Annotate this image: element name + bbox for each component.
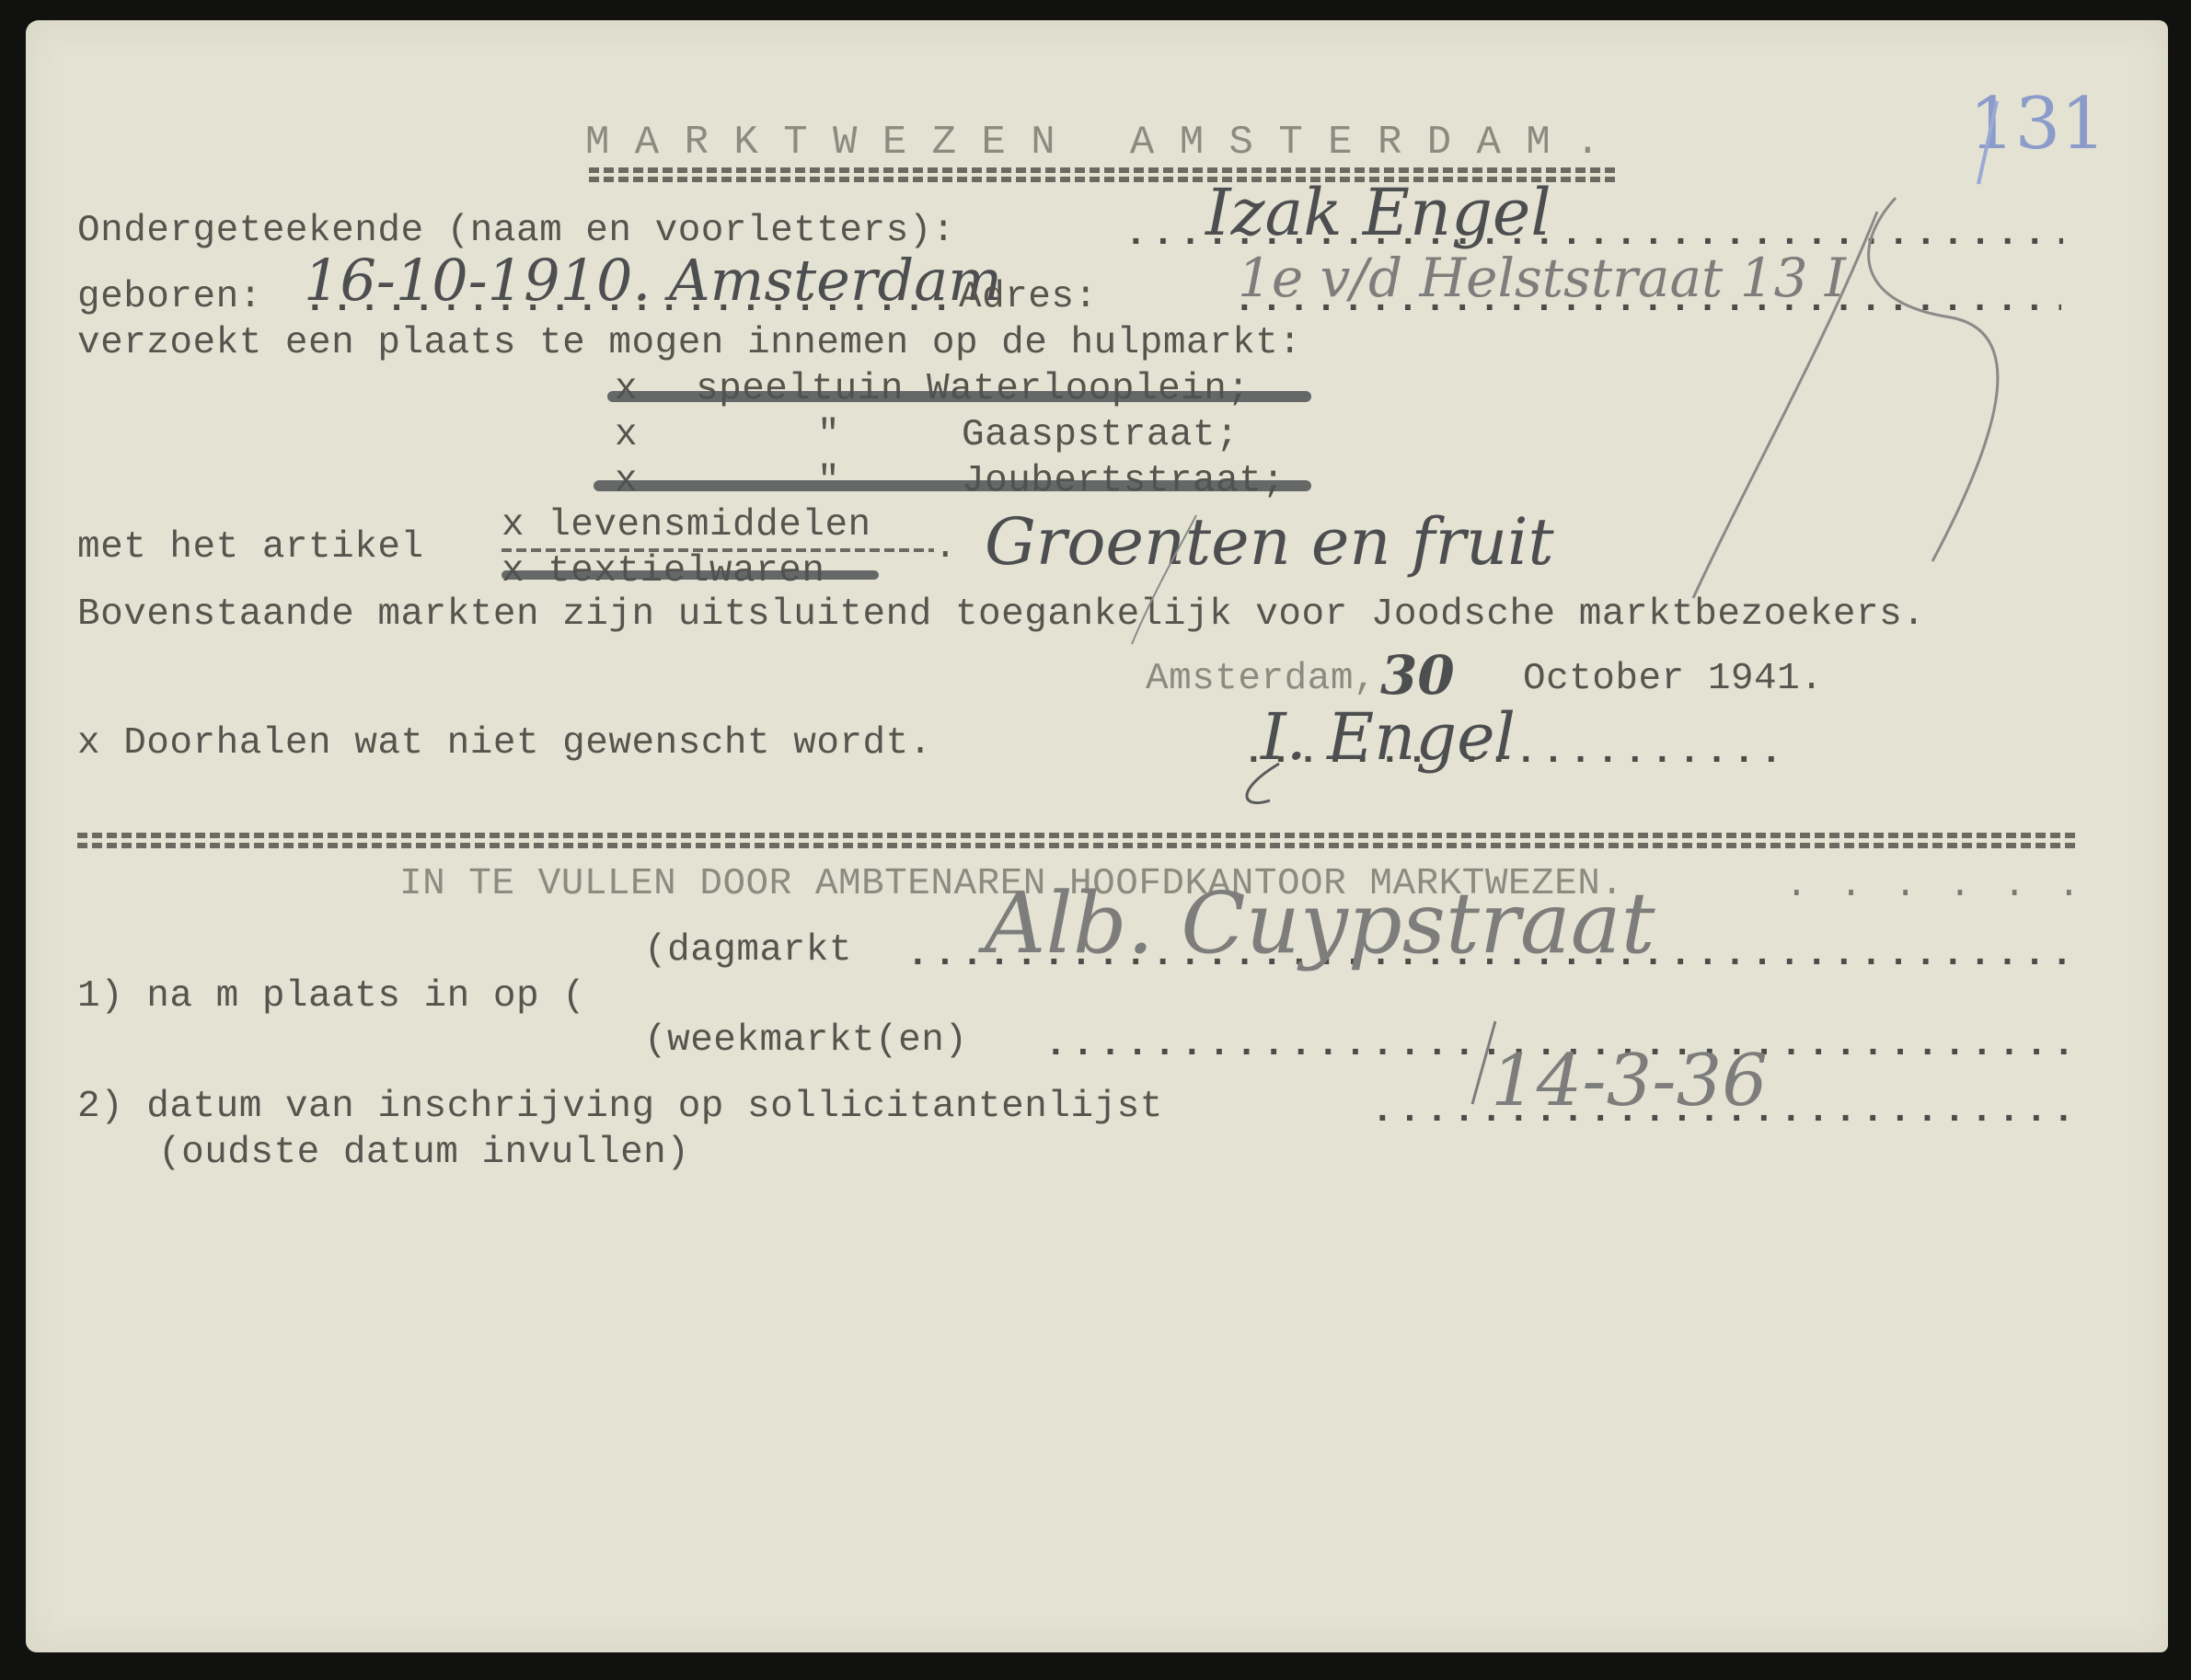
strikethrough-waterlooplein <box>607 391 1311 402</box>
section-divider-2 <box>77 843 2079 848</box>
born-value: 16-10-1910. Amsterdam <box>304 247 1002 314</box>
strikethrough-joubertstraat <box>594 480 1311 491</box>
weekmarkt-label: (weekmarkt(en) <box>644 1019 967 1062</box>
article-label: met het artikel <box>77 526 424 569</box>
market-marker-1: x <box>615 368 638 410</box>
item2-label: 2) datum van inschrijving op sollicitant… <box>77 1086 1163 1128</box>
market-option-gaaspstraat[interactable]: Gaaspstraat; <box>962 414 1239 456</box>
article-handwritten-value: Groenten en fruit <box>985 504 1554 580</box>
archive-number: 131 <box>1969 83 2106 166</box>
request-text: verzoekt een plaats te mogen innemen op … <box>77 322 1302 364</box>
date-month-year: October 1941. <box>1523 658 1823 700</box>
section-divider <box>77 833 2079 838</box>
address-value: 1e v/d Helststraat 13 I <box>1238 247 1846 309</box>
article-option-levensmiddelen[interactable]: x levensmiddelen <box>502 504 871 547</box>
dagmarkt-label: (dagmarkt <box>644 929 852 972</box>
item2-value: 14-3-36 <box>1491 1040 1768 1122</box>
article-period: . <box>934 526 957 569</box>
address-label: Adres: <box>959 276 1098 318</box>
name-value: Izak Engel <box>1205 175 1551 250</box>
official-title-dots: . . . . . . . . . <box>1785 865 2080 907</box>
title-underline <box>589 167 1620 173</box>
strikethrough-textielwaren <box>502 570 879 580</box>
born-label: geboren: <box>77 276 262 318</box>
date-day: 30 <box>1380 644 1455 707</box>
market-option-waterlooplein[interactable]: speeltuin Waterlooplein; <box>696 368 1251 410</box>
market-marker-2: x <box>615 414 638 456</box>
dagmarkt-value: Alb. Cuypstraat <box>985 874 1655 972</box>
item1-label: 1) na m plaats in op ( <box>77 975 585 1018</box>
signature: I. Engel <box>1261 699 1516 775</box>
document-title: M A R K T W E Z E N A M S T E R D A M . <box>585 120 1600 166</box>
item2-sublabel: (oudste datum invullen) <box>158 1132 689 1174</box>
market-ditto-2: " <box>817 414 840 456</box>
strike-instruction-footnote: x Doorhalen wat niet gewenscht wordt. <box>77 722 932 765</box>
jewish-only-notice: Bovenstaande markten zijn uitsluitend to… <box>77 593 1925 636</box>
place-city: Amsterdam, <box>1146 658 1377 700</box>
